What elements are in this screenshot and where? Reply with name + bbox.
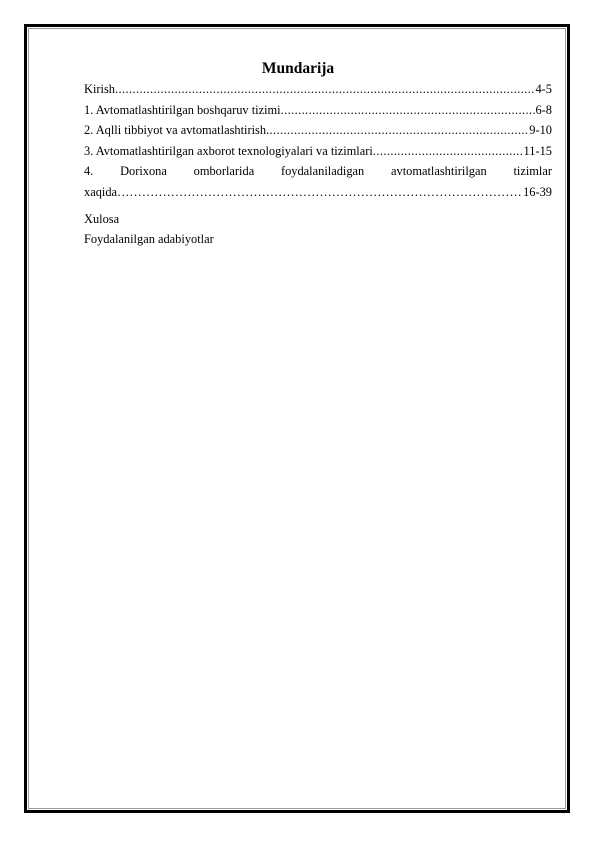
toc-word: omborlarida xyxy=(194,164,255,179)
toc-entry-pages: 6-8 xyxy=(535,103,552,118)
toc-item-adabiyotlar: Foydalanilgan adabiyotlar xyxy=(84,229,552,249)
toc-entry-pages: 4-5 xyxy=(535,82,552,97)
toc-word: foydalaniladigan xyxy=(281,164,364,179)
dot-leader xyxy=(373,144,524,159)
toc-entry-4-line-2: xaqida 16-39 xyxy=(84,185,552,206)
toc-word: avtomatlashtirilgan xyxy=(391,164,487,179)
table-of-contents: Kirish 4-5 1. Avtomatlashtirilgan boshqa… xyxy=(84,82,552,249)
toc-item-xulosa: Xulosa xyxy=(84,209,552,229)
dot-leader xyxy=(115,82,535,97)
toc-word: Dorixona xyxy=(120,164,167,179)
toc-entry-4-line-1: 4. Dorixona omborlarida foydalaniladigan… xyxy=(84,164,552,185)
toc-entry-label: 1. Avtomatlashtirilgan boshqaruv tizimi xyxy=(84,103,281,118)
toc-entry-3: 3. Avtomatlashtirilgan axborot texnologi… xyxy=(84,144,552,165)
page-title: Mundarija xyxy=(0,60,596,78)
toc-entry-label: 3. Avtomatlashtirilgan axborot texnologi… xyxy=(84,144,373,159)
toc-entry-pages: 9-10 xyxy=(529,123,552,138)
toc-entry-kirish: Kirish 4-5 xyxy=(84,82,552,103)
dot-leader xyxy=(266,123,529,138)
toc-entry-pages: 11-15 xyxy=(524,144,552,159)
toc-entry-label: Kirish xyxy=(84,82,115,97)
toc-entry-2: 2. Aqlli tibbiyot va avtomatlashtirish 9… xyxy=(84,123,552,144)
toc-word: 4. xyxy=(84,164,93,179)
toc-entry-label: 2. Aqlli tibbiyot va avtomatlashtirish xyxy=(84,123,266,138)
toc-entry-label: xaqida xyxy=(84,185,117,200)
dot-leader xyxy=(281,103,536,118)
dot-leader xyxy=(117,185,523,200)
toc-word: tizimlar xyxy=(513,164,552,179)
toc-extra-items: Xulosa Foydalanilgan adabiyotlar xyxy=(84,209,552,249)
toc-entry-1: 1. Avtomatlashtirilgan boshqaruv tizimi … xyxy=(84,103,552,124)
toc-entry-pages: 16-39 xyxy=(523,185,552,200)
